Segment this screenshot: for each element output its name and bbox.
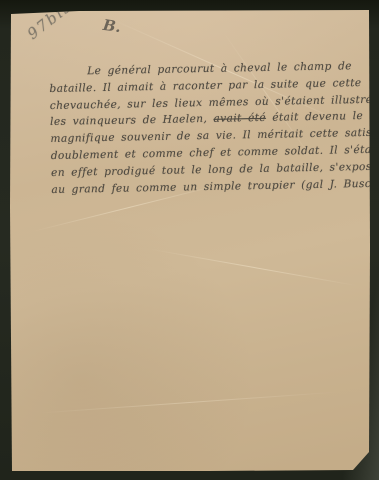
handwritten-text: les vainqueurs de Haelen, [50, 113, 214, 128]
manuscript-text: Le général parcourut à cheval le champ d… [49, 58, 378, 199]
paper-sheet: 97bis B. Le général parcourut à cheval l… [9, 7, 371, 474]
struck-text: avait été [213, 112, 266, 125]
paper-crease [151, 249, 358, 286]
scanner-background: 97bis B. Le général parcourut à cheval l… [0, 0, 379, 480]
archive-number-pencil: 97bis [24, 0, 90, 43]
paper-crease [39, 392, 338, 414]
corner-letter-mark: B. [102, 16, 122, 36]
handwritten-text: était devenu le plus [266, 110, 379, 124]
handwritten-text: Le général parcourut à cheval le champ d… [87, 60, 352, 77]
